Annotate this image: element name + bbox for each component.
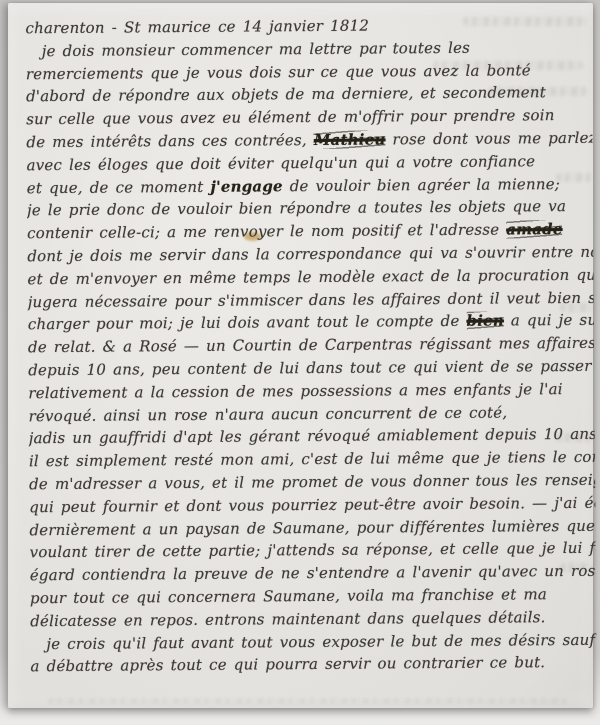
handwritten-line: a débattre après tout ce qui pourra serv…	[30, 651, 596, 678]
scratched-out-word: Mathieu	[314, 130, 386, 149]
line-text: de mes intérêts dans ces contrées,	[26, 131, 314, 151]
letter-scan: charenton - St maurice ce 14 janvier 181…	[0, 0, 600, 725]
letter-text: charenton - St maurice ce 14 janvier 181…	[25, 13, 596, 679]
handwritten-line: relativement a la cession de mes possess…	[28, 378, 594, 405]
line-text: de vouloir bien agréer la mienne;	[283, 175, 560, 195]
scratched-out-word: amade	[506, 220, 562, 238]
scratched-out-word: bien	[466, 312, 504, 330]
paper-bottom-edge-shadow	[48, 698, 568, 704]
line-text: rose dont vous me parlez	[385, 129, 596, 149]
line-text: contenir celle-ci; a me renvoyer le nom …	[27, 221, 506, 243]
line-text: charger pour moi; je lui dois avant tout…	[28, 312, 467, 333]
emphasized-word: j'engage	[210, 177, 282, 196]
line-text: a qui je suis	[504, 311, 597, 330]
letter-paper: charenton - St maurice ce 14 janvier 181…	[8, 3, 593, 708]
line-text: et que, de ce moment	[27, 177, 211, 196]
